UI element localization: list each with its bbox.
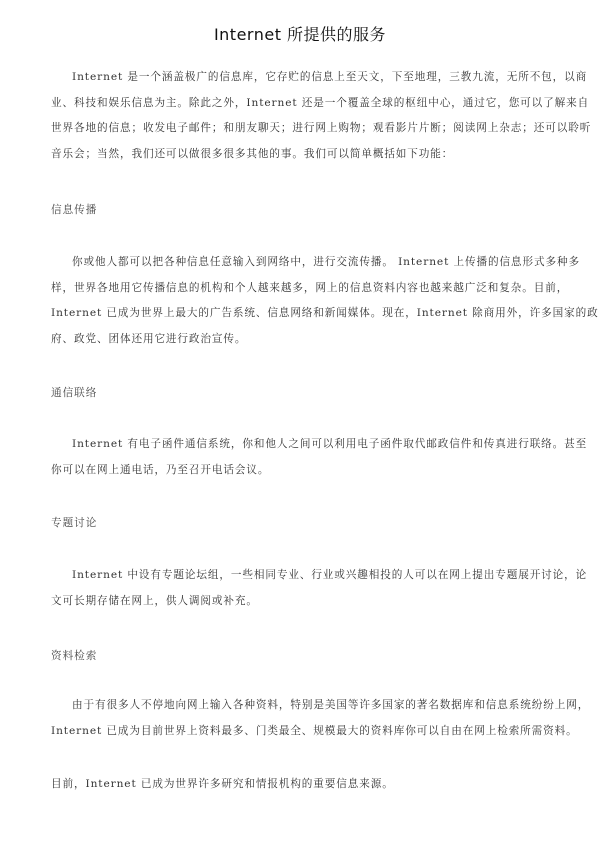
- section-paragraph-data-retrieval: 由于有很多人不停地向网上输入各种资料，特别是美国等许多国家的著名数据库和信息系统…: [51, 693, 571, 744]
- text-line: 目前，Internet 已成为世界许多研究和情报机构的重要信息来源。: [51, 772, 571, 798]
- text-line: 由于有很多人不停地向网上输入各种资料，特别是美国等许多国家的著名数据库和信息系统…: [51, 693, 571, 719]
- text-line: Internet 有电子函件通信系统，你和他人之间可以利用电子函件取代邮政信件和…: [51, 432, 571, 458]
- text-line: 音乐会；当然，我们还可以做很多很多其他的事。我们可以简单概括如下功能：: [51, 142, 571, 168]
- text-line: Internet 中设有专题论坛组，一些相同专业、行业或兴趣相投的人可以在网上提…: [51, 563, 571, 589]
- text-line: Internet 已成为世界上最大的广告系统、信息网络和新闻媒体。现在，Inte…: [51, 301, 571, 327]
- text-line: 你可以在网上通电话，乃至召开电话会议。: [51, 458, 571, 484]
- text-line: Internet 已成为目前世界上资料最多、门类最全、规模最大的资料库你可以自由…: [51, 719, 571, 745]
- section-heading-info-spread: 信息传播: [51, 202, 97, 217]
- text-line: Internet 是一个涵盖极广的信息库，它存贮的信息上至天文，下至地理，三教九…: [51, 65, 571, 91]
- section-heading-communication: 通信联络: [51, 385, 97, 400]
- text-line: 样，世界各地用它传播信息的机构和个人越来越多，网上的信息资料内容也越来越广泛和复…: [51, 276, 571, 302]
- document-title: Internet 所提供的服务: [0, 22, 600, 45]
- closing-paragraph: 目前，Internet 已成为世界许多研究和情报机构的重要信息来源。: [51, 772, 571, 798]
- intro-paragraph: Internet 是一个涵盖极广的信息库，它存贮的信息上至天文，下至地理，三教九…: [51, 65, 571, 167]
- section-paragraph-info-spread: 你或他人都可以把各种信息任意输入到网络中，进行交流传播。 Internet 上传…: [51, 250, 571, 352]
- section-paragraph-topic-discussion: Internet 中设有专题论坛组，一些相同专业、行业或兴趣相投的人可以在网上提…: [51, 563, 571, 614]
- text-line: 府、政党、团体还用它进行政治宣传。: [51, 327, 571, 353]
- text-line: 你或他人都可以把各种信息任意输入到网络中，进行交流传播。 Internet 上传…: [51, 250, 571, 276]
- document-page: Internet 所提供的服务 Internet 是一个涵盖极广的信息库，它存贮…: [0, 0, 600, 849]
- text-line: 业、科技和娱乐信息为主。除此之外，Internet 还是一个覆盖全球的枢纽中心，…: [51, 91, 571, 117]
- text-line: 世界各地的信息；收发电子邮件；和朋友聊天；进行网上购物；观看影片片断；阅读网上杂…: [51, 116, 571, 142]
- section-heading-data-retrieval: 资料检索: [51, 648, 97, 663]
- section-paragraph-communication: Internet 有电子函件通信系统，你和他人之间可以利用电子函件取代邮政信件和…: [51, 432, 571, 483]
- section-heading-topic-discussion: 专题讨论: [51, 515, 97, 530]
- text-line: 文可长期存储在网上，供人调阅或补充。: [51, 589, 571, 615]
